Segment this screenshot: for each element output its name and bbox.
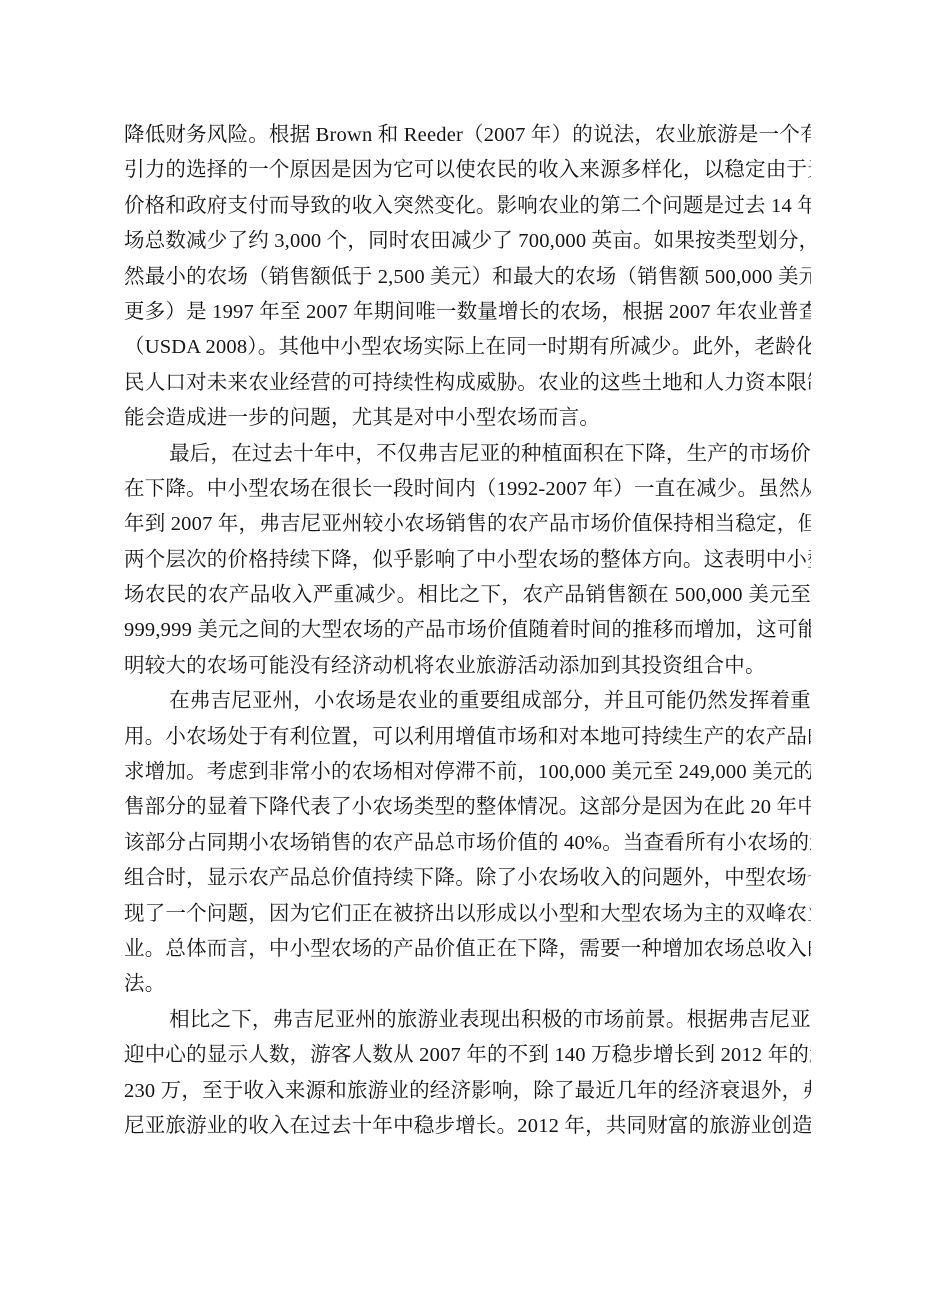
text-line-p4-1: 相比之下，弗吉尼亚州的旅游业表现出积极的市场前景。根据弗吉尼亚州欢 xyxy=(124,1003,811,1038)
text-line-p3-6: 组合时，显示农产品总价值持续下降。除了小农场收入的问题外，中型农场也出 xyxy=(124,861,811,896)
text-line-p2-3: 年到 2007 年，弗吉尼亚州较小农场销售的农产品市场价值保持相当稳定，但前 xyxy=(124,507,811,542)
text-line-p2-1: 最后，在过去十年中，不仅弗吉尼亚的种植面积在下降，生产的市场价值也 xyxy=(124,437,811,472)
text-line-p3-9: 法。 xyxy=(124,967,811,1002)
text-line-p3-1: 在弗吉尼亚州，小农场是农业的重要组成部分，并且可能仍然发挥着重要作 xyxy=(124,684,811,719)
text-line-p1-4: 场总数减少了约 3,000 个，同时农田减少了 700,000 英亩。如果按类型… xyxy=(124,224,811,259)
document-page: 降低财务风险。根据 Brown 和 Reeder（2007 年）的说法，农业旅游… xyxy=(0,0,926,1309)
text-line-p1-2: 引力的选择的一个原因是因为它可以使农民的收入来源多样化，以稳定由于天气、 xyxy=(124,153,811,188)
document-body: 降低财务风险。根据 Brown 和 Reeder（2007 年）的说法，农业旅游… xyxy=(124,118,811,1144)
text-line-p3-4: 售部分的显着下降代表了小农场类型的整体情况。这部分是因为在此 20 年中， xyxy=(124,790,811,825)
text-line-p3-2: 用。小农场处于有利位置，可以利用增值市场和对本地可持续生产的农产品的需 xyxy=(124,720,811,755)
text-line-p3-7: 现了一个问题，因为它们正在被挤出以形成以小型和大型农场为主的双峰农业产 xyxy=(124,897,811,932)
text-line-p2-6: 999,999 美元之间的大型农场的产品市场价值随着时间的推移而增加，这可能表 xyxy=(124,613,811,648)
text-line-p1-1: 降低财务风险。根据 Brown 和 Reeder（2007 年）的说法，农业旅游… xyxy=(124,118,811,153)
text-line-p1-9: 能会造成进一步的问题，尤其是对中小型农场而言。 xyxy=(124,401,811,436)
text-line-p1-7: （USDA 2008）。其他中小型农场实际上在同一时期有所减少。此外，老龄化的农 xyxy=(124,330,811,365)
text-line-p4-3: 230 万，至于收入来源和旅游业的经济影响，除了最近几年的经济衰退外，弗吉 xyxy=(124,1074,811,1109)
text-line-p4-4: 尼亚旅游业的收入在过去十年中稳步增长。2012 年，共同财富的旅游业创造了 xyxy=(124,1109,811,1144)
text-line-p3-8: 业。总体而言，中小型农场的产品价值正在下降，需要一种增加农场总收入的方 xyxy=(124,932,811,967)
text-line-p1-6: 更多）是 1997 年至 2007 年期间唯一数量增长的农场，根据 2007 年… xyxy=(124,295,811,330)
text-line-p4-2: 迎中心的显示人数，游客人数从 2007 年的不到 140 万稳步增长到 2012… xyxy=(124,1038,811,1073)
text-line-p1-8: 民人口对未来农业经营的可持续性构成威胁。农业的这些土地和人力资本限制可 xyxy=(124,366,811,401)
text-line-p2-5: 场农民的农产品收入严重减少。相比之下，农产品销售额在 500,000 美元至 xyxy=(124,578,811,613)
text-line-p3-3: 求增加。考虑到非常小的农场相对停滞不前，100,000 美元至 249,000 … xyxy=(124,755,811,790)
text-line-p3-5: 该部分占同期小农场销售的农产品总市场价值的 40%。当查看所有小农场的这种 xyxy=(124,826,811,861)
text-line-p2-4: 两个层次的价格持续下降，似乎影响了中小型农场的整体方向。这表明中小型农 xyxy=(124,543,811,578)
text-line-p2-2: 在下降。中小型农场在很长一段时间内（1992-2007 年）一直在减少。虽然从 … xyxy=(124,472,811,507)
text-line-p2-7: 明较大的农场可能没有经济动机将农业旅游活动添加到其投资组合中。 xyxy=(124,649,811,684)
text-line-p1-3: 价格和政府支付而导致的收入突然变化。影响农业的第二个问题是过去 14 年农 xyxy=(124,189,811,224)
text-line-p1-5: 然最小的农场（销售额低于 2,500 美元）和最大的农场（销售额 500,000… xyxy=(124,260,811,295)
